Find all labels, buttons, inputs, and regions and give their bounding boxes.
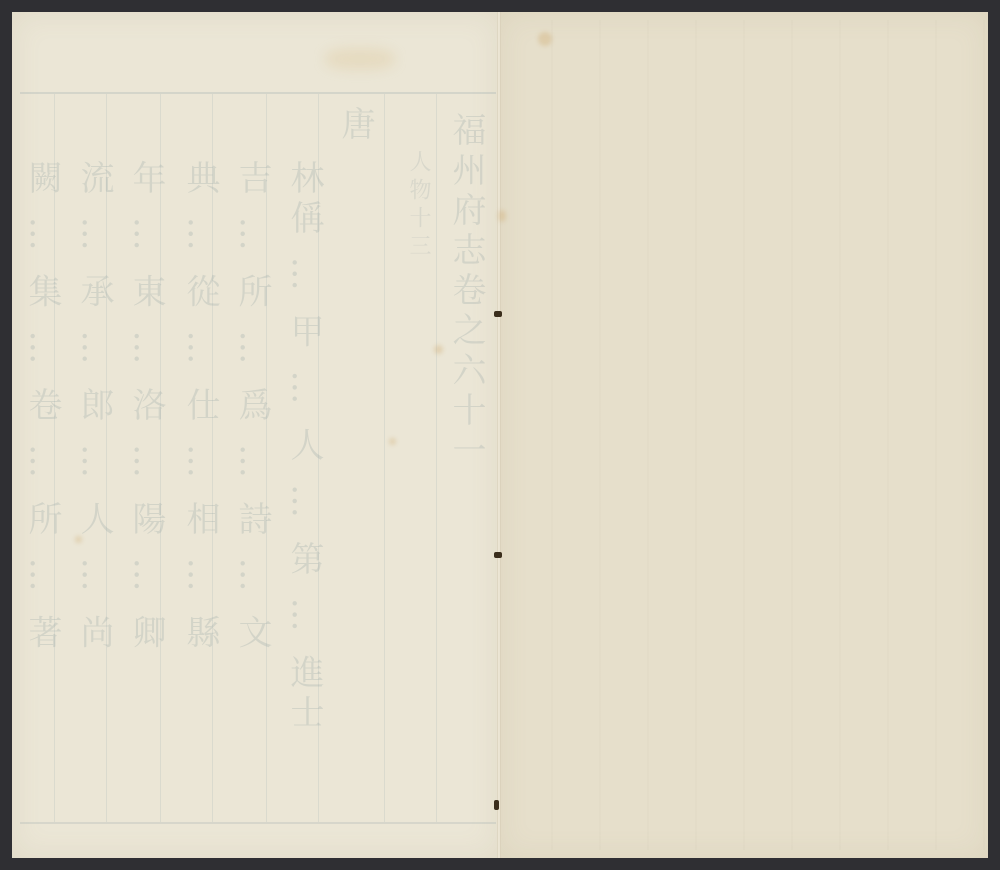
text-column: 林偁 … 甲 … 人 … 第 … 進士: [284, 160, 324, 734]
paper-stain: [538, 32, 552, 46]
text-column: 流 … 承 … 郎 … 人 … 尚: [74, 160, 114, 654]
text-column: 吉 … 所 … 爲 … 詩 … 文: [232, 160, 272, 654]
column-rule: [384, 94, 385, 822]
binding-thread: [494, 800, 499, 810]
header-column: 福州府志卷之六十一: [446, 112, 486, 472]
paper-stain: [389, 438, 396, 445]
binding-thread: [494, 552, 502, 558]
text-column: 典 … 從 … 仕 … 相 … 縣: [180, 160, 220, 654]
paper-stain: [434, 345, 443, 354]
paper-stain: [498, 210, 506, 222]
binding-thread: [494, 311, 502, 317]
section-label: 人物十三: [398, 150, 438, 262]
printed-frame-top: [20, 92, 496, 94]
printed-frame-bottom: [20, 822, 496, 824]
paper-stain: [325, 48, 395, 70]
book-gutter: [497, 12, 501, 858]
paper-stain: [75, 536, 82, 543]
dynasty-label: 唐: [335, 106, 375, 146]
paper-texture-lines: [505, 20, 985, 850]
book-spread: 福州府志卷之六十一 人物十三 唐 林偁 … 甲 … 人 … 第 … 進士 吉 ……: [0, 0, 1000, 870]
text-column: 闕 … 集 … 卷 … 所 … 著: [22, 160, 62, 654]
text-column: 年 … 東 … 洛 … 陽 … 卿: [126, 160, 166, 654]
